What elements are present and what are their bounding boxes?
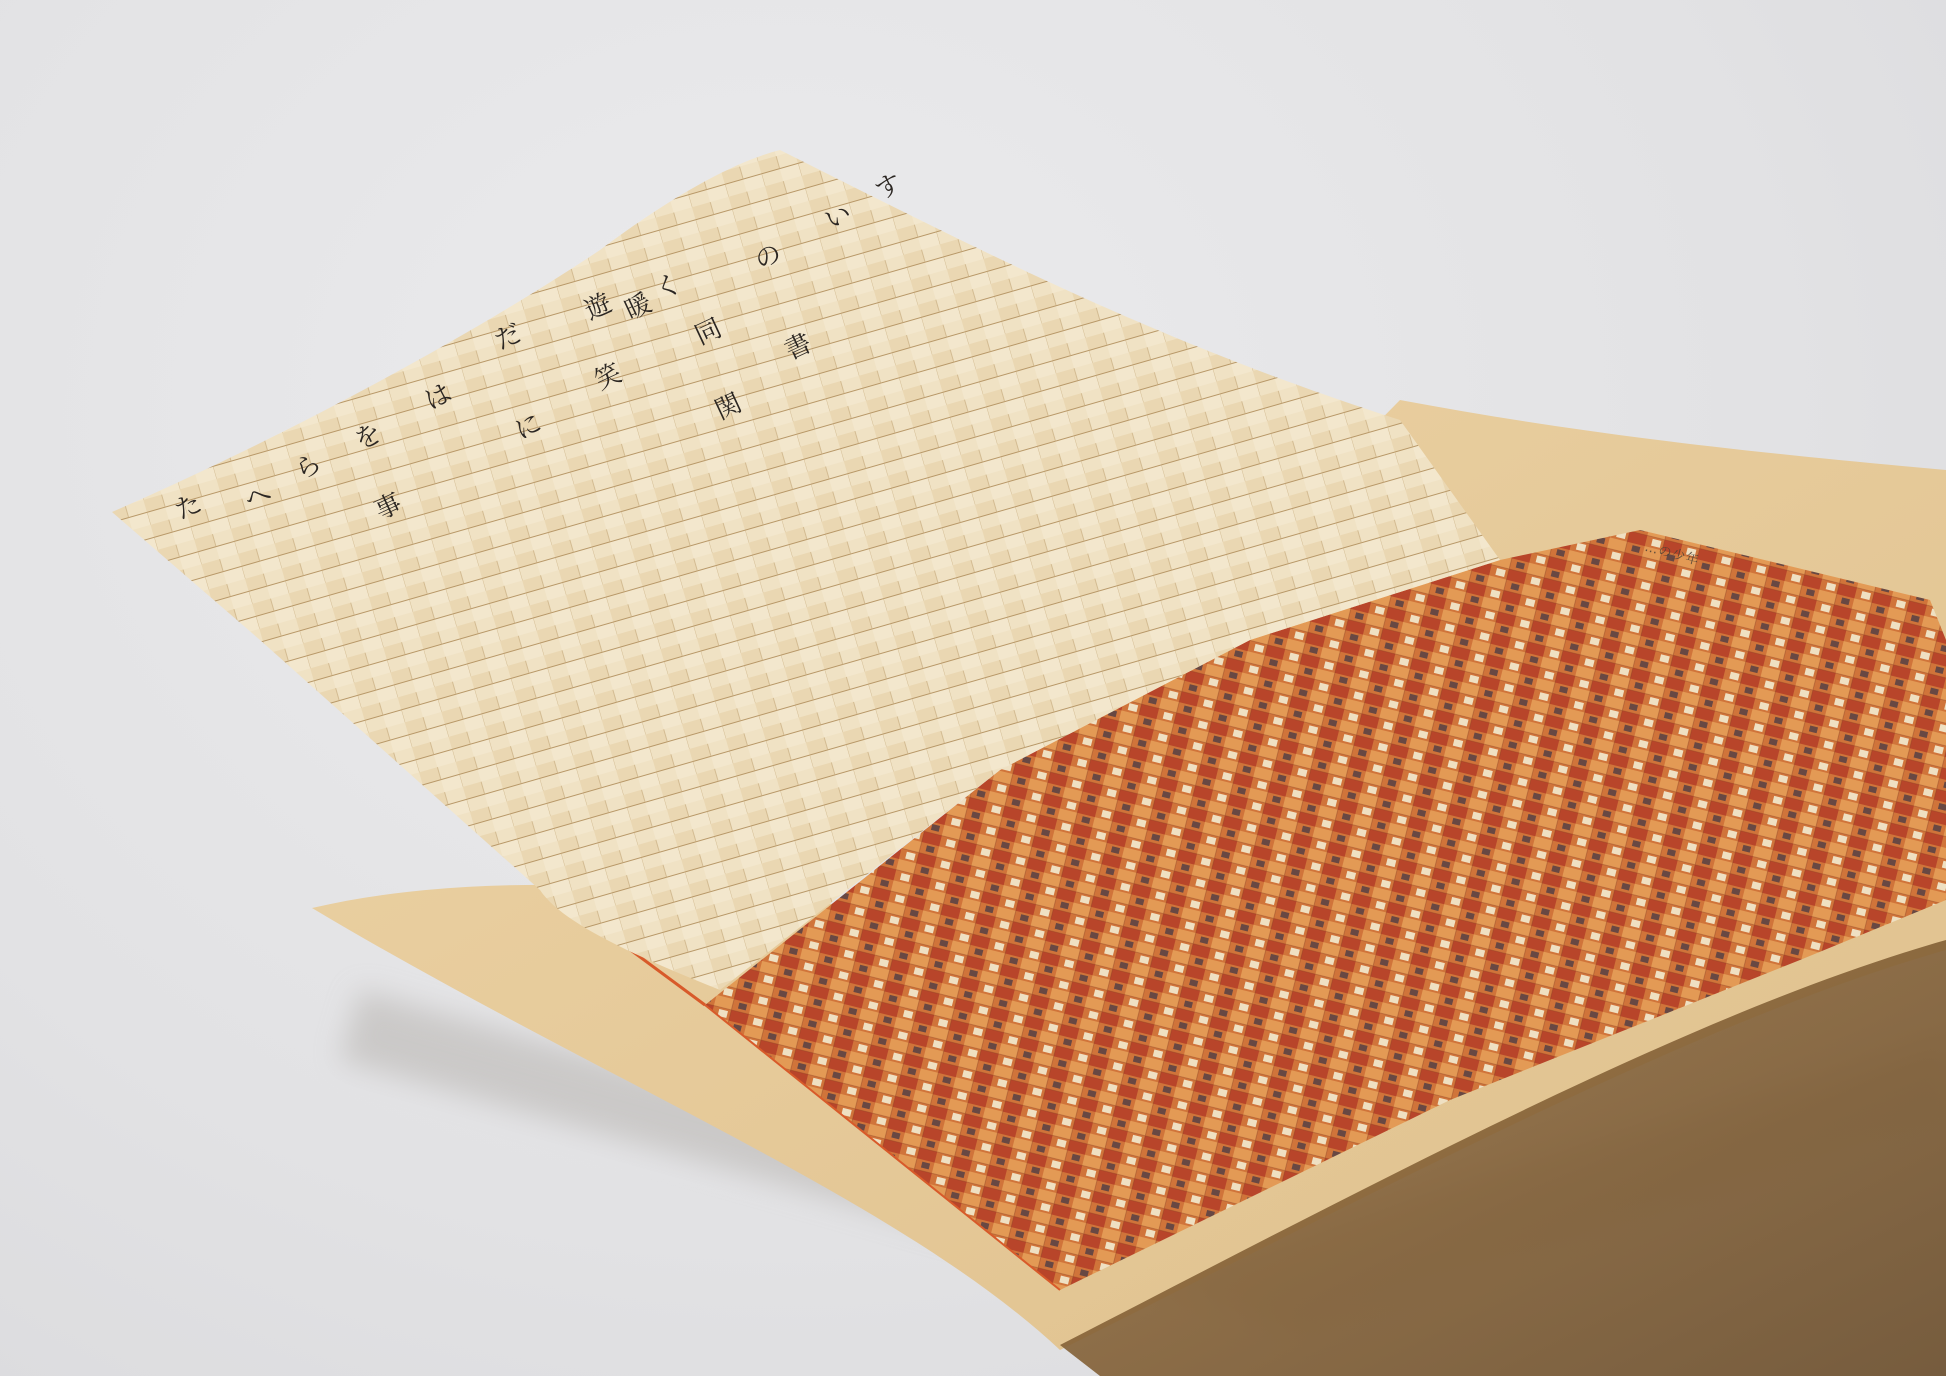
artwork-photo: 遊 暖 く 同 書 い の だ は を ら へ た す 笑 に 事 関 …の少年: [0, 0, 1946, 1376]
woven-paper-artwork: 遊 暖 く 同 書 い の だ は を ら へ た す 笑 に 事 関: [0, 0, 1946, 1376]
